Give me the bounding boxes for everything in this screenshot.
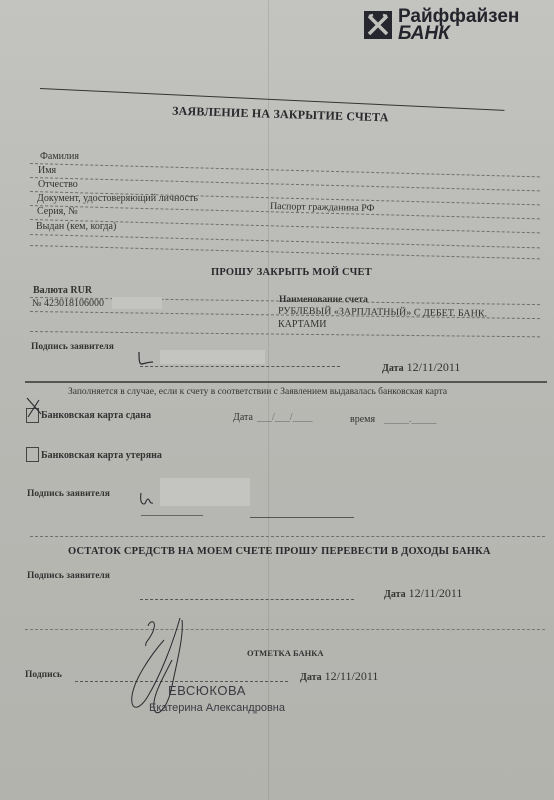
field-label-name: Имя: [38, 165, 56, 176]
date-label: Дата: [382, 363, 404, 374]
card-lost-checkbox[interactable]: [26, 447, 39, 462]
close-account-heading: ПРОШУ ЗАКРЫТЬ МОЙ СЧЕТ: [211, 267, 372, 278]
close-request-date: Дата 12/11/2011: [382, 360, 460, 375]
field-label-series-number: Серия, №: [37, 206, 78, 217]
bank-mark-heading: ОТМЕТКА БАНКА: [247, 648, 324, 658]
applicant-signature-label-2: Подпись заявителя: [27, 489, 110, 499]
applicant-signature-line-2[interactable]: [141, 515, 203, 516]
card-time-field[interactable]: _____._____: [384, 414, 437, 425]
bank-name-line2: БАНК: [398, 25, 519, 42]
card-lost-label: Банковская карта утеряна: [41, 450, 162, 461]
date-label: Дата: [300, 672, 322, 683]
officer-stamp-surname: ЕВСЮКОВА: [168, 683, 246, 698]
section-divider-remainder: [30, 536, 545, 537]
redacted-signature-2: [160, 478, 250, 506]
applicant-signature-mark-2: [138, 490, 162, 508]
bank-mark-date: Дата 12/11/2011: [300, 669, 378, 684]
redacted-signature-1: [160, 350, 265, 364]
card-time-label: время: [350, 414, 375, 425]
date-label: Дата: [384, 589, 406, 600]
date-value: 12/11/2011: [409, 586, 463, 600]
section-divider-bank: [25, 629, 545, 630]
raiffeisen-logo-icon: [364, 11, 392, 39]
field-label-patronymic: Отчество: [38, 179, 78, 190]
remainder-heading: ОСТАТОК СРЕДСТВ НА МОЕМ СЧЕТЕ ПРОШУ ПЕРЕ…: [68, 546, 491, 557]
account-name-value-line2: КАРТАМИ: [278, 319, 327, 330]
currency-label: Валюта RUR: [33, 285, 92, 296]
applicant-signature-label-1: Подпись заявителя: [31, 342, 114, 352]
applicant-signature-line-1[interactable]: [140, 366, 340, 367]
redacted-account-digits: [112, 297, 162, 309]
field-label-surname: Фамилия: [40, 151, 79, 162]
bank-signature-label: Подпись: [25, 670, 62, 680]
remainder-date: Дата 12/11/2011: [384, 586, 462, 601]
section-divider-card: [25, 381, 547, 383]
account-number: № 423018106000: [32, 298, 104, 309]
card-section-note: Заполняется в случае, если к счету в соо…: [68, 387, 447, 397]
applicant-signature-line-3[interactable]: [140, 599, 354, 600]
bank-logo: Райффайзен БАНК: [364, 8, 519, 42]
applicant-name-line-2[interactable]: [250, 517, 354, 518]
card-returned-label: Банковская карта сдана: [41, 410, 151, 421]
officer-stamp-name: Екатерина Александровна: [149, 702, 285, 714]
account-name-label: Наименование счета: [279, 295, 368, 305]
field-label-id-document: Документ, удостоверяющий личность: [37, 193, 198, 204]
applicant-signature-label-3: Подпись заявителя: [27, 571, 110, 581]
card-date-label: Дата: [233, 412, 253, 423]
field-label-issued-by: Выдан (кем, когда): [36, 221, 116, 232]
card-date-field[interactable]: ___/___/____: [257, 412, 313, 423]
date-value: 12/11/2011: [407, 360, 461, 374]
date-value: 12/11/2011: [325, 669, 379, 683]
